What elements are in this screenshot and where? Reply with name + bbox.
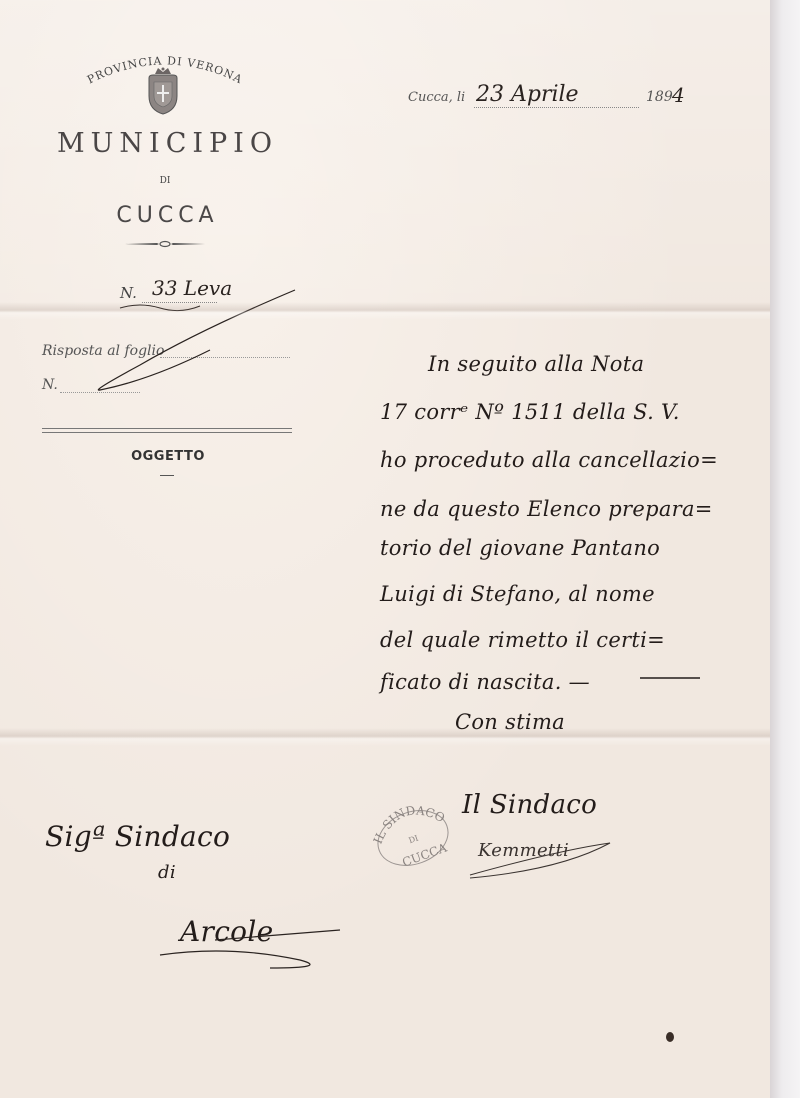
official-stamp: IL SINDACO DI CUCCA (363, 790, 463, 885)
protocol-label: N. (120, 284, 137, 302)
addressee-title: Sigª Sindaco (45, 820, 230, 853)
date-underline (474, 107, 639, 108)
letterhead-di: DI (150, 176, 180, 186)
ornament-divider-icon (125, 240, 205, 248)
body-line: ficato di nascita. — (380, 670, 590, 694)
letterhead-town: CUCCA (95, 203, 240, 228)
date-year-printed: 189 (646, 89, 673, 105)
reply-number-dots (60, 392, 140, 393)
page-edge (770, 0, 800, 1098)
date-year-handwritten: 4 (672, 83, 685, 107)
stamp-icon: IL SINDACO DI CUCCA (363, 790, 463, 885)
coat-of-arms-icon (145, 66, 181, 116)
svg-text:IL SINDACO: IL SINDACO (363, 792, 450, 850)
body-line: ho proceduto alla cancellazio= (380, 448, 718, 472)
letterhead-title: MUNICIPIO (40, 128, 295, 159)
body-line: 17 corrᵉ Nº 1511 della S. V. (380, 400, 680, 424)
ink-blot (666, 1032, 674, 1042)
protocol-value: 33 Leva (152, 276, 232, 300)
subject-label: OGGETTO (118, 449, 218, 464)
body-line: Luigi di Stefano, al nome (380, 582, 655, 606)
addressee-di: di (158, 862, 176, 883)
signer-title: Il Sindaco (462, 790, 597, 820)
stamp-middle-text: DI (407, 834, 419, 846)
body-line: ne da questo Elenco prepara= (380, 497, 713, 521)
double-rule-divider (42, 428, 292, 433)
body-line: In seguito alla Nota (428, 352, 644, 376)
date-line: Cucca, li 23 Aprile 189 4 (408, 85, 708, 115)
reply-dots (160, 357, 290, 358)
subject-dash (160, 475, 174, 476)
body-line: del quale rimetto il certi= (380, 628, 665, 652)
reply-number-label: N. (42, 377, 58, 393)
addressee-place: Arcole (180, 915, 273, 948)
body-line: torio del giovane Pantano (380, 536, 660, 560)
stamp-bottom-text: CUCCA (400, 840, 449, 869)
paper-fold (0, 302, 770, 320)
document-page: PROVINCIA DI VERONA MUNICIPIO DI CUCCA C… (0, 0, 770, 1098)
reply-label: Risposta al foglio (42, 343, 164, 359)
date-place: Cucca, li (408, 90, 465, 105)
stamp-top-text: IL SINDACO (363, 792, 450, 850)
paper-fold (0, 728, 770, 746)
signature: Kemmetti (478, 840, 569, 861)
date-handwritten: 23 Aprile (476, 82, 579, 107)
